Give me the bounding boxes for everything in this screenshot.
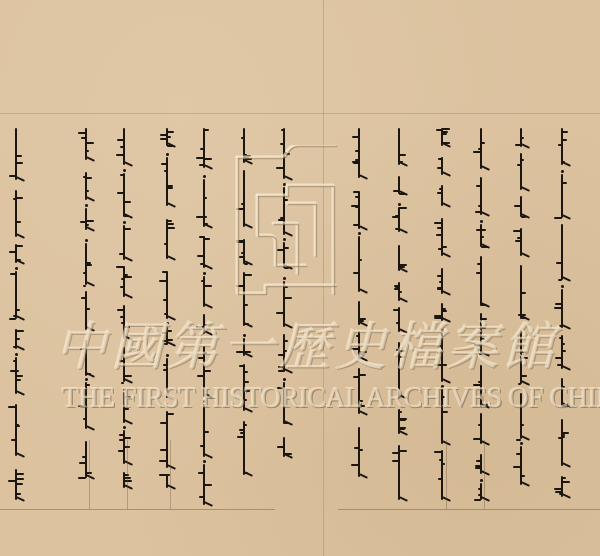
- watermark-english: THE FIRST HISTORICAL ARCHIVES OF CHINA: [62, 383, 542, 415]
- bottom-ruled-line-right: [338, 509, 600, 510]
- script-column: [475, 128, 489, 500]
- script-column: [556, 128, 570, 500]
- archives-emblem-icon: [225, 145, 345, 305]
- watermark-char: 一: [223, 318, 275, 378]
- watermark-char: 案: [447, 318, 499, 378]
- script-column: [436, 128, 450, 500]
- column-guide-line: [170, 440, 171, 509]
- watermark-char: 歷: [279, 318, 331, 378]
- watermark-char: 第: [167, 318, 219, 378]
- script-column: [198, 128, 212, 505]
- bottom-ruled-line: [0, 509, 275, 510]
- script-column: [353, 128, 367, 500]
- archival-document-page: 中國第一歷史檔案館 THE FIRST HISTORICAL ARCHIVES …: [0, 0, 600, 556]
- watermark-char: 檔: [391, 318, 443, 378]
- watermark-char: 中: [55, 318, 107, 378]
- column-guide-line: [89, 440, 90, 509]
- script-column: [515, 128, 529, 500]
- script-column: [10, 128, 24, 500]
- column-guide-line: [127, 440, 128, 509]
- top-ruled-line: [0, 113, 600, 114]
- script-column: [80, 128, 94, 490]
- script-column: [393, 128, 407, 500]
- watermark-char: 國: [111, 318, 163, 378]
- column-guide-line: [484, 440, 485, 509]
- column-guide-line: [446, 440, 447, 509]
- watermark-char: 館: [503, 318, 555, 378]
- watermark-char: 史: [335, 318, 387, 378]
- script-column: [161, 128, 175, 488]
- script-column: [118, 128, 132, 488]
- watermark-chinese: 中國第一歷史檔案館: [55, 318, 555, 378]
